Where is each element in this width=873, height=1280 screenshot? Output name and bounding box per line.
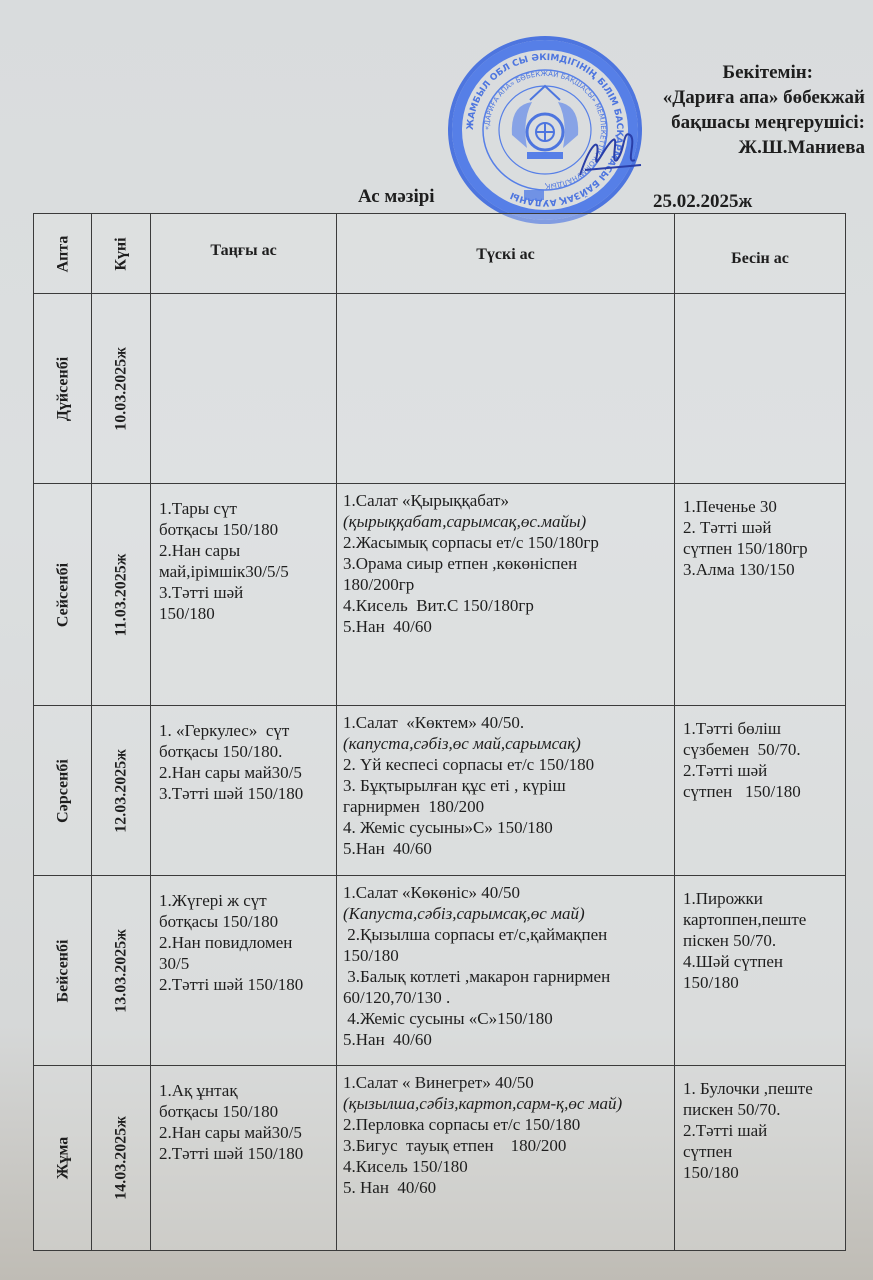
breakfast-item: 2.Тәтті шәй 150/180: [159, 1143, 330, 1164]
weekday-label: Сейсенбі: [52, 562, 73, 626]
lunch-item: 2. Үй кеспесі сорпасы ет/с 150/180: [343, 754, 668, 775]
snack-cell: 1.Печенье 302. Тәтті шәйсүтпен 150/180гр…: [675, 484, 846, 706]
weekday-cell: Сейсенбі: [34, 484, 92, 706]
weekday-cell: Дүйсенбі: [34, 294, 92, 484]
lunch-item: 5.Нан 40/60: [343, 1029, 668, 1050]
approval-block: Бекітемін: «Дариға апа» бөбекжай бақшасы…: [615, 60, 865, 160]
lunch-item: (капуста,сәбіз,өс май,сарымсақ): [343, 733, 668, 754]
snack-item: 1.Тәтті бөліш: [683, 718, 839, 739]
snack-item: 150/180: [683, 972, 839, 993]
lunch-cell: 1.Салат «Көкөніс» 40/50(Капуста,сәбіз,са…: [337, 876, 675, 1066]
lunch-item: гарнирмен 180/200: [343, 796, 668, 817]
breakfast-item: 1.Тары сүт: [159, 498, 330, 519]
breakfast-item: 30/5: [159, 953, 330, 974]
approval-label: Бекітемін:: [615, 60, 865, 85]
snack-item: 2.Тәтті шай: [683, 1120, 839, 1141]
lunch-item: 4.Кисель Вит.С 150/180гр: [343, 595, 668, 616]
lunch-item: 2.Жасымық сорпасы ет/с 150/180гр: [343, 532, 668, 553]
header-snack: Бесін ас: [675, 214, 846, 294]
snack-item: піскен 50/70.: [683, 930, 839, 951]
kindergarten-name: «Дариға апа» бөбекжай: [615, 85, 865, 110]
weekday-cell: Бейсенбі: [34, 876, 92, 1066]
lunch-item: 150/180: [343, 945, 668, 966]
lunch-item: (қызылша,сәбіз,картоп,сарм-қ,өс май): [343, 1093, 668, 1114]
breakfast-item: 1.Ақ ұнтақ: [159, 1080, 330, 1101]
snack-item: 1.Пирожки: [683, 888, 839, 909]
lunch-item: 60/120,70/130 .: [343, 987, 668, 1008]
lunch-item: 3. Бұқтырылған құс еті , күріш: [343, 775, 668, 796]
date-cell: 13.03.2025ж: [92, 876, 151, 1066]
weekday-label: Жұма: [52, 1137, 73, 1180]
breakfast-cell: 1.Ақ ұнтақботқасы 150/1802.Нан сары май3…: [151, 1066, 337, 1251]
breakfast-item: ботқасы 150/180: [159, 1101, 330, 1122]
page-title: Ас мәзірі: [358, 186, 435, 208]
breakfast-item: 1.Жүгері ж сүт: [159, 890, 330, 911]
snack-cell: 1. Булочки ,пештепискен 50/70.2.Тәтті ша…: [675, 1066, 846, 1251]
breakfast-cell: [151, 294, 337, 484]
lunch-item: 5.Нан 40/60: [343, 616, 668, 637]
snack-item: 2. Тәтті шәй: [683, 517, 839, 538]
lunch-item: 2.Қызылша сорпасы ет/с,қаймақпен: [343, 924, 668, 945]
date-label: 14.03.2025ж: [111, 1116, 132, 1200]
lunch-item: 4.Жеміс сусыны «С»150/180: [343, 1008, 668, 1029]
breakfast-cell: 1. «Геркулес» сүтботқасы 150/180.2.Нан с…: [151, 706, 337, 876]
date-label: 13.03.2025ж: [111, 929, 132, 1013]
breakfast-item: 1. «Геркулес» сүт: [159, 720, 330, 741]
breakfast-item: 2.Нан сары май30/5: [159, 762, 330, 783]
breakfast-item: 2.Нан сары май30/5: [159, 1122, 330, 1143]
lunch-item: 1.Салат « Винегрет» 40/50: [343, 1072, 668, 1093]
approval-date: 25.02.2025ж: [653, 191, 752, 213]
snack-item: сүзбемен 50/70.: [683, 739, 839, 760]
lunch-item: 1.Салат «Қырыққабат»: [343, 490, 668, 511]
weekday-cell: Жұма: [34, 1066, 92, 1251]
lunch-item: 1.Салат «Көктем» 40/50.: [343, 712, 668, 733]
table-row: Сәрсенбі12.03.2025ж1. «Геркулес» сүтботқ…: [34, 706, 846, 876]
snack-item: пискен 50/70.: [683, 1099, 839, 1120]
lunch-item: 4. Жеміс сусыны»С» 150/180: [343, 817, 668, 838]
head-position: бақшасы меңгерушісі:: [615, 110, 865, 135]
breakfast-item: ботқасы 150/180: [159, 519, 330, 540]
breakfast-item: 2.Тәтті шәй 150/180: [159, 974, 330, 995]
breakfast-item: ботқасы 150/180: [159, 911, 330, 932]
snack-item: сүтпен: [683, 1141, 839, 1162]
snack-item: сүтпен 150/180гр: [683, 538, 839, 559]
snack-item: 150/180: [683, 1162, 839, 1183]
breakfast-cell: 1.Тары сүтботқасы 150/1802.Нан сарымай,і…: [151, 484, 337, 706]
lunch-item: 180/200гр: [343, 574, 668, 595]
breakfast-item: 3.Тәтті шәй: [159, 582, 330, 603]
lunch-cell: 1.Салат « Винегрет» 40/50(қызылша,сәбіз,…: [337, 1066, 675, 1251]
weekday-label: Дүйсенбі: [52, 356, 73, 420]
date-cell: 12.03.2025ж: [92, 706, 151, 876]
signature-icon: [575, 125, 645, 185]
weekday-label: Бейсенбі: [52, 939, 73, 1002]
menu-table: Апта Күні Таңғы ас Түскі ас Бесін ас Дүй…: [33, 213, 846, 1251]
snack-item: 1.Печенье 30: [683, 496, 839, 517]
snack-item: картоппен,пеште: [683, 909, 839, 930]
breakfast-item: май,ірімшік30/5/5: [159, 561, 330, 582]
header-lunch: Түскі ас: [337, 214, 675, 294]
breakfast-item: 150/180: [159, 603, 330, 624]
snack-cell: 1.Пирожкикартоппен,пештепіскен 50/70.4.Ш…: [675, 876, 846, 1066]
weekday-label: Сәрсенбі: [52, 759, 73, 823]
date-label: 11.03.2025ж: [111, 553, 132, 636]
breakfast-item: 2.Нан повидломен: [159, 932, 330, 953]
date-cell: 14.03.2025ж: [92, 1066, 151, 1251]
lunch-item: (қырыққабат,сарымсақ,өс.майы): [343, 511, 668, 532]
header-week: Апта: [34, 214, 92, 294]
lunch-cell: 1.Салат «Көктем» 40/50.(капуста,сәбіз,өс…: [337, 706, 675, 876]
snack-item: 3.Алма 130/150: [683, 559, 839, 580]
snack-item: 2.Тәтті шәй: [683, 760, 839, 781]
head-name: Ж.Ш.Маниева: [615, 135, 865, 160]
lunch-item: 3.Бигус тауық етпен 180/200: [343, 1135, 668, 1156]
lunch-item: 4.Кисель 150/180: [343, 1156, 668, 1177]
snack-item: сүтпен 150/180: [683, 781, 839, 802]
date-label: 12.03.2025ж: [111, 749, 132, 833]
lunch-cell: [337, 294, 675, 484]
breakfast-cell: 1.Жүгері ж сүтботқасы 150/1802.Нан повид…: [151, 876, 337, 1066]
snack-cell: 1.Тәтті бөлішсүзбемен 50/70.2.Тәтті шәйс…: [675, 706, 846, 876]
breakfast-item: 2.Нан сары: [159, 540, 330, 561]
table-row: Дүйсенбі10.03.2025ж: [34, 294, 846, 484]
lunch-item: 5.Нан 40/60: [343, 838, 668, 859]
header-day: Күні: [92, 214, 151, 294]
breakfast-item: 3.Тәтті шәй 150/180: [159, 783, 330, 804]
lunch-item: 3.Орама сиыр етпен ,көкөніспен: [343, 553, 668, 574]
snack-item: 4.Шәй сүтпен: [683, 951, 839, 972]
lunch-cell: 1.Салат «Қырыққабат»(қырыққабат,сарымсақ…: [337, 484, 675, 706]
lunch-item: 2.Перловка сорпасы ет/с 150/180: [343, 1114, 668, 1135]
lunch-item: (Капуста,сәбіз,сарымсақ,өс май): [343, 903, 668, 924]
table-row: Сейсенбі11.03.2025ж1.Тары сүтботқасы 150…: [34, 484, 846, 706]
date-cell: 10.03.2025ж: [92, 294, 151, 484]
date-label: 10.03.2025ж: [111, 347, 132, 431]
date-cell: 11.03.2025ж: [92, 484, 151, 706]
table-row: Бейсенбі13.03.2025ж1.Жүгері ж сүтботқасы…: [34, 876, 846, 1066]
lunch-item: 1.Салат «Көкөніс» 40/50: [343, 882, 668, 903]
header-breakfast: Таңғы ас: [151, 214, 337, 294]
snack-item: 1. Булочки ,пеште: [683, 1078, 839, 1099]
breakfast-item: ботқасы 150/180.: [159, 741, 330, 762]
table-row: Жұма14.03.2025ж1.Ақ ұнтақботқасы 150/180…: [34, 1066, 846, 1251]
lunch-item: 3.Балық котлеті ,макарон гарнирмен: [343, 966, 668, 987]
lunch-item: 5. Нан 40/60: [343, 1177, 668, 1198]
weekday-cell: Сәрсенбі: [34, 706, 92, 876]
snack-cell: [675, 294, 846, 484]
